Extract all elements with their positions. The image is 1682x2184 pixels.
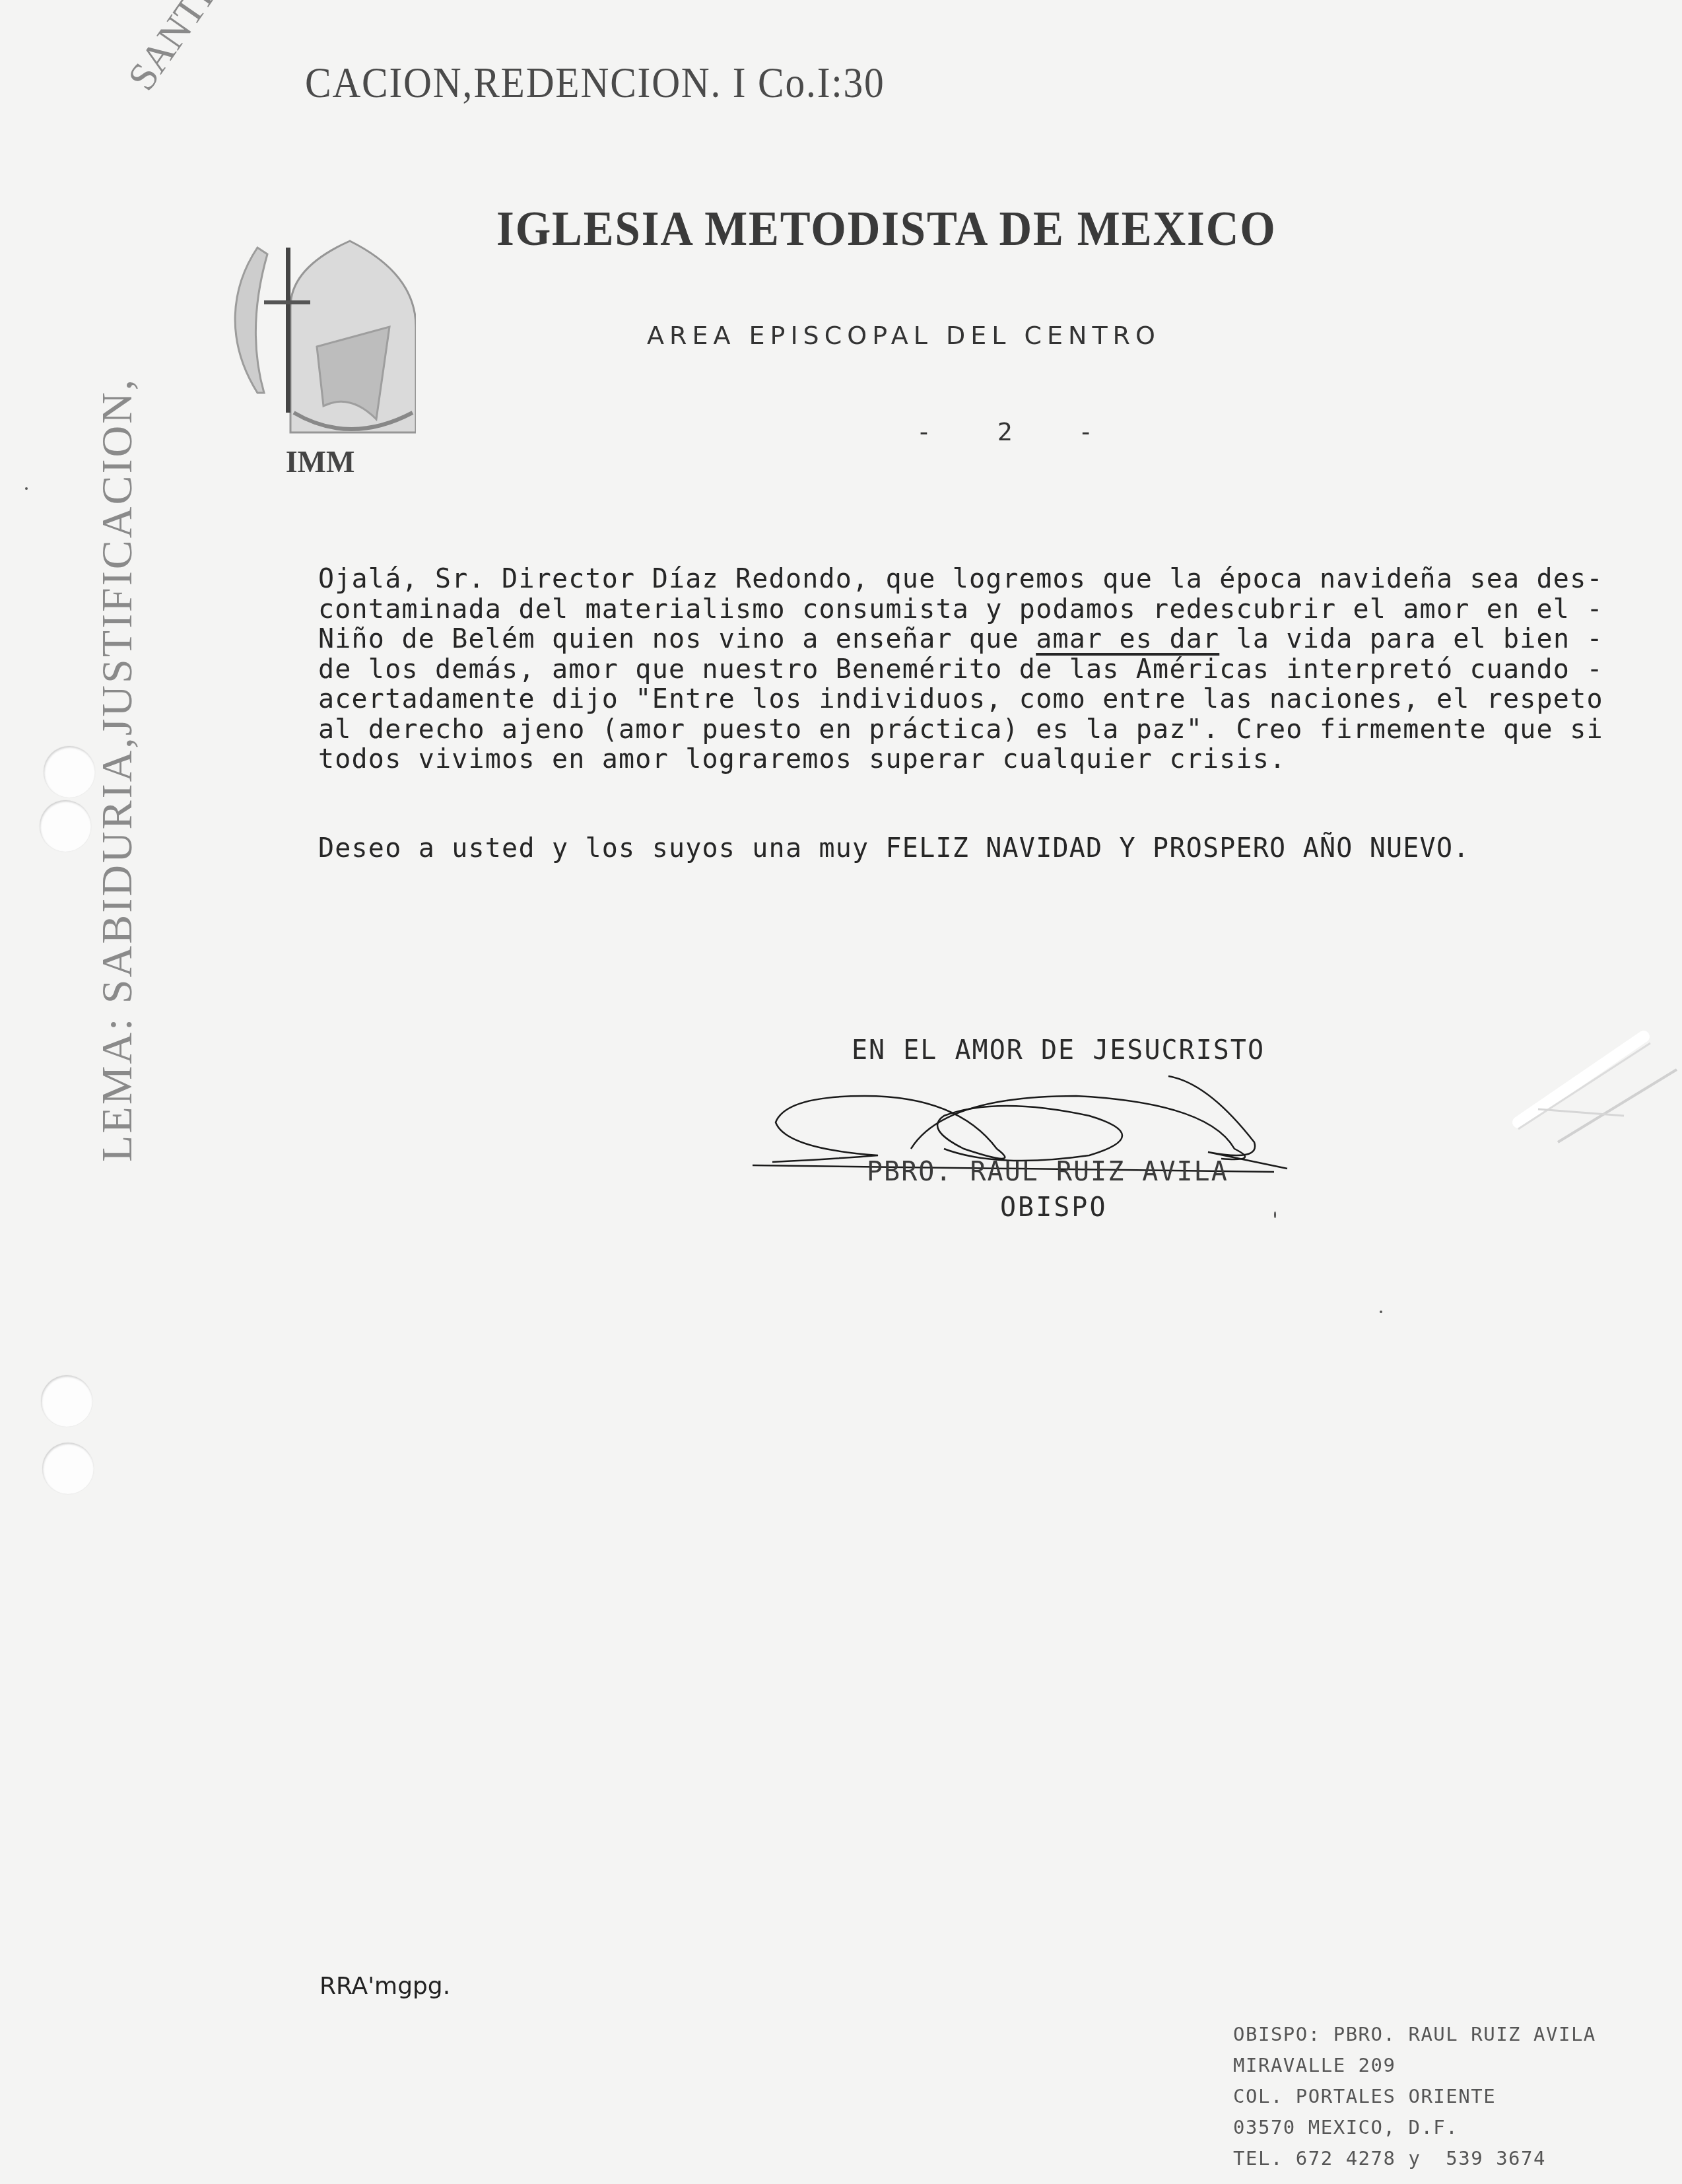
address-line: 03570 MEXICO, D.F. <box>1233 2116 1458 2138</box>
address-line: MIRAVALLE 209 <box>1233 2054 1396 2076</box>
speck <box>25 487 28 490</box>
punch-hole-icon <box>41 1375 92 1427</box>
motto-side-text: LEMA: SABIDURIA,JUSTIFICACION, <box>92 378 143 1162</box>
speck <box>1274 1211 1276 1218</box>
punch-hole-icon <box>40 800 91 852</box>
page-number: - 2 - <box>916 417 1105 446</box>
body-line: acertadamente dijo "Entre los individuos… <box>318 684 1603 714</box>
body-line: al derecho ajeno (amor puesto en práctic… <box>318 714 1603 745</box>
speck <box>1380 1311 1382 1313</box>
body-line: Ojalá, Sr. Director Díaz Redondo, que lo… <box>318 564 1603 594</box>
body-line: todos vivimos en amor lograremos superar… <box>318 744 1286 774</box>
body-line: Niño de Belém quien nos vino a enseñar q… <box>318 624 1036 654</box>
address-block: OBISPO: PBRO. RAUL RUIZ AVILA MIRAVALLE … <box>1233 2019 1596 2174</box>
letter-body: Ojalá, Sr. Director Díaz Redondo, que lo… <box>318 564 1612 775</box>
address-line: TEL. 672 4278 y 539 3674 <box>1233 2147 1546 2169</box>
holiday-greeting: Deseo a usted y los suyos una muy FELIZ … <box>318 833 1469 864</box>
motto-arc-text: SANTIFI <box>119 0 243 99</box>
reference-initials: RRA'mgpg. <box>320 1973 450 2000</box>
body-line-tail: la vida para el bien - <box>1219 624 1603 654</box>
church-name-heading: IGLESIA METODISTA DE MEXICO <box>496 201 1277 257</box>
body-line: contaminada del materialismo consumista … <box>318 594 1603 625</box>
church-logo: IMM <box>218 228 416 479</box>
punch-hole-icon <box>42 1443 94 1494</box>
address-line: OBISPO: PBRO. RAUL RUIZ AVILA <box>1233 2023 1596 2045</box>
underlined-phrase: amar es dar <box>1036 624 1219 654</box>
address-line: COL. PORTALES ORIENTE <box>1233 2085 1496 2107</box>
signer-title: OBISPO <box>1000 1192 1108 1223</box>
emboss-mark-icon <box>1492 1017 1682 1162</box>
signer-name: PBRO. RAUL RUIZ AVILA <box>867 1157 1228 1187</box>
episcopal-area: AREA EPISCOPAL DEL CENTRO <box>647 321 1161 350</box>
letter-page: SANTIFI CACION,REDENCION. I Co.I:30 LEMA… <box>0 0 1682 2184</box>
motto-top-text: CACION,REDENCION. I Co.I:30 <box>305 58 885 108</box>
logo-text: IMM <box>286 445 355 479</box>
closing-salutation: EN EL AMOR DE JESUCRISTO <box>852 1035 1265 1066</box>
body-line: de los demás, amor que nuestro Benemérit… <box>318 654 1603 685</box>
cross-flame-ship-icon: IMM <box>218 228 416 479</box>
punch-hole-icon <box>44 746 95 798</box>
